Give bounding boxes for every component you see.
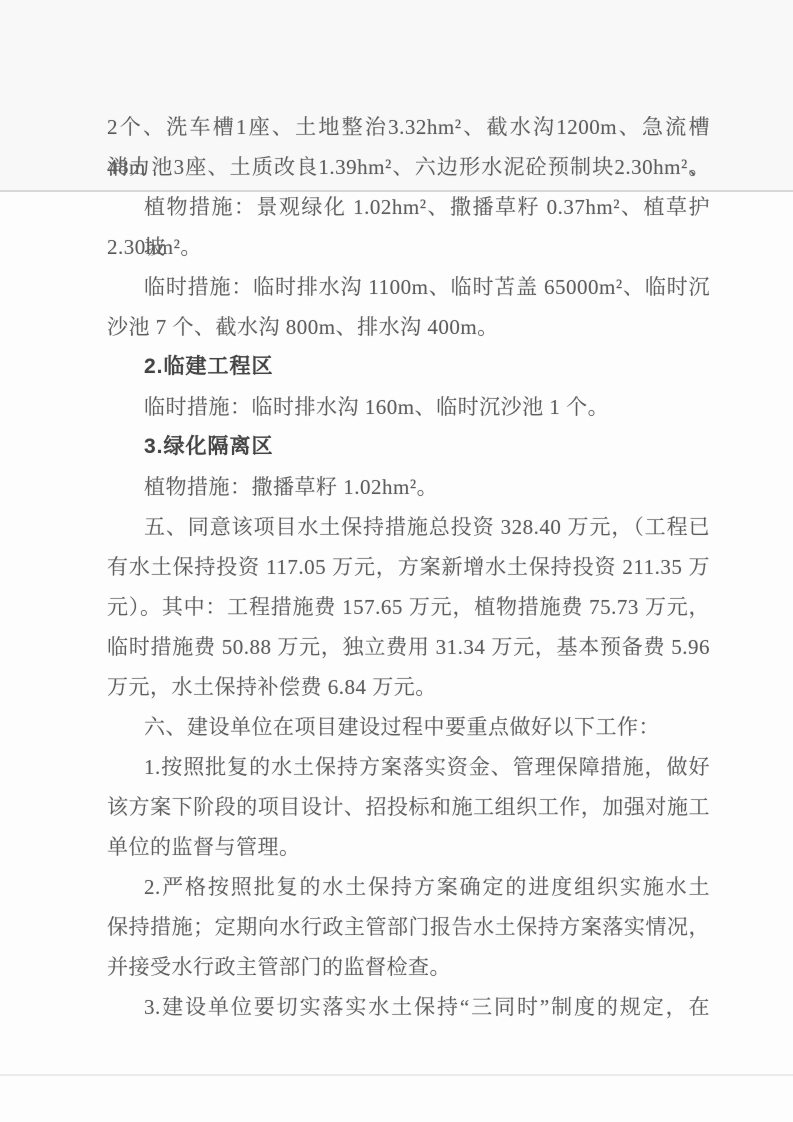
text-line: 2.严格按照批复的水土保持方案确定的进度组织实施水土 <box>107 867 710 907</box>
text-line: 保持措施；定期向水行政主管部门报告水土保持方案落实情况， <box>107 907 710 947</box>
text-line: 六、建设单位在项目建设过程中要重点做好以下工作： <box>107 707 710 747</box>
text-line: 单位的监督与管理。 <box>107 827 710 867</box>
text-line: 万元，水土保持补偿费 6.84 万元。 <box>107 667 710 707</box>
text-line: 植物措施：撒播草籽 1.02hm²。 <box>107 467 710 507</box>
text-line: 该方案下阶段的项目设计、招投标和施工组织工作，加强对施工 <box>107 787 710 827</box>
text-line: 3.建设单位要切实落实水土保持“三同时”制度的规定，在 <box>107 987 710 1027</box>
text-line: 消力池3座、土质改良1.39hm²、六边形水泥砼预制块2.30hm²。 <box>107 147 710 187</box>
text-line: 沙池 7 个、截水沟 800m、排水沟 400m。 <box>107 307 710 347</box>
document-content: 2个、洗车槽1座、土地整治3.32hm²、截水沟1200m、急流槽48m、 消力… <box>0 0 793 1122</box>
text-line: 2个、洗车槽1座、土地整治3.32hm²、截水沟1200m、急流槽48m、 <box>107 107 710 147</box>
section-heading: 3.绿化隔离区 <box>107 427 710 467</box>
text-line: 2.30hm²。 <box>107 227 710 267</box>
text-line: 元）。其中：工程措施费 157.65 万元，植物措施费 75.73 万元， <box>107 587 710 627</box>
text-line: 有水土保持投资 117.05 万元，方案新增水土保持投资 211.35 万 <box>107 547 710 587</box>
text-line: 1.按照批复的水土保持方案落实资金、管理保障措施，做好 <box>107 747 710 787</box>
text-line: 临时措施：临时排水沟 160m、临时沉沙池 1 个。 <box>107 387 710 427</box>
text-line: 植物措施：景观绿化 1.02hm²、撒播草籽 0.37hm²、植草护坡 <box>107 187 710 227</box>
document-page: 2个、洗车槽1座、土地整治3.32hm²、截水沟1200m、急流槽48m、 消力… <box>0 0 793 1122</box>
text-line: 并接受水行政主管部门的监督检查。 <box>107 947 710 987</box>
text-line: 临时措施：临时排水沟 1100m、临时苫盖 65000m²、临时沉 <box>107 267 710 307</box>
text-line: 临时措施费 50.88 万元，独立费用 31.34 万元，基本预备费 5.96 <box>107 627 710 667</box>
section-heading: 2.临建工程区 <box>107 347 710 387</box>
text-line: 五、同意该项目水土保持措施总投资 328.40 万元，（工程已 <box>107 507 710 547</box>
